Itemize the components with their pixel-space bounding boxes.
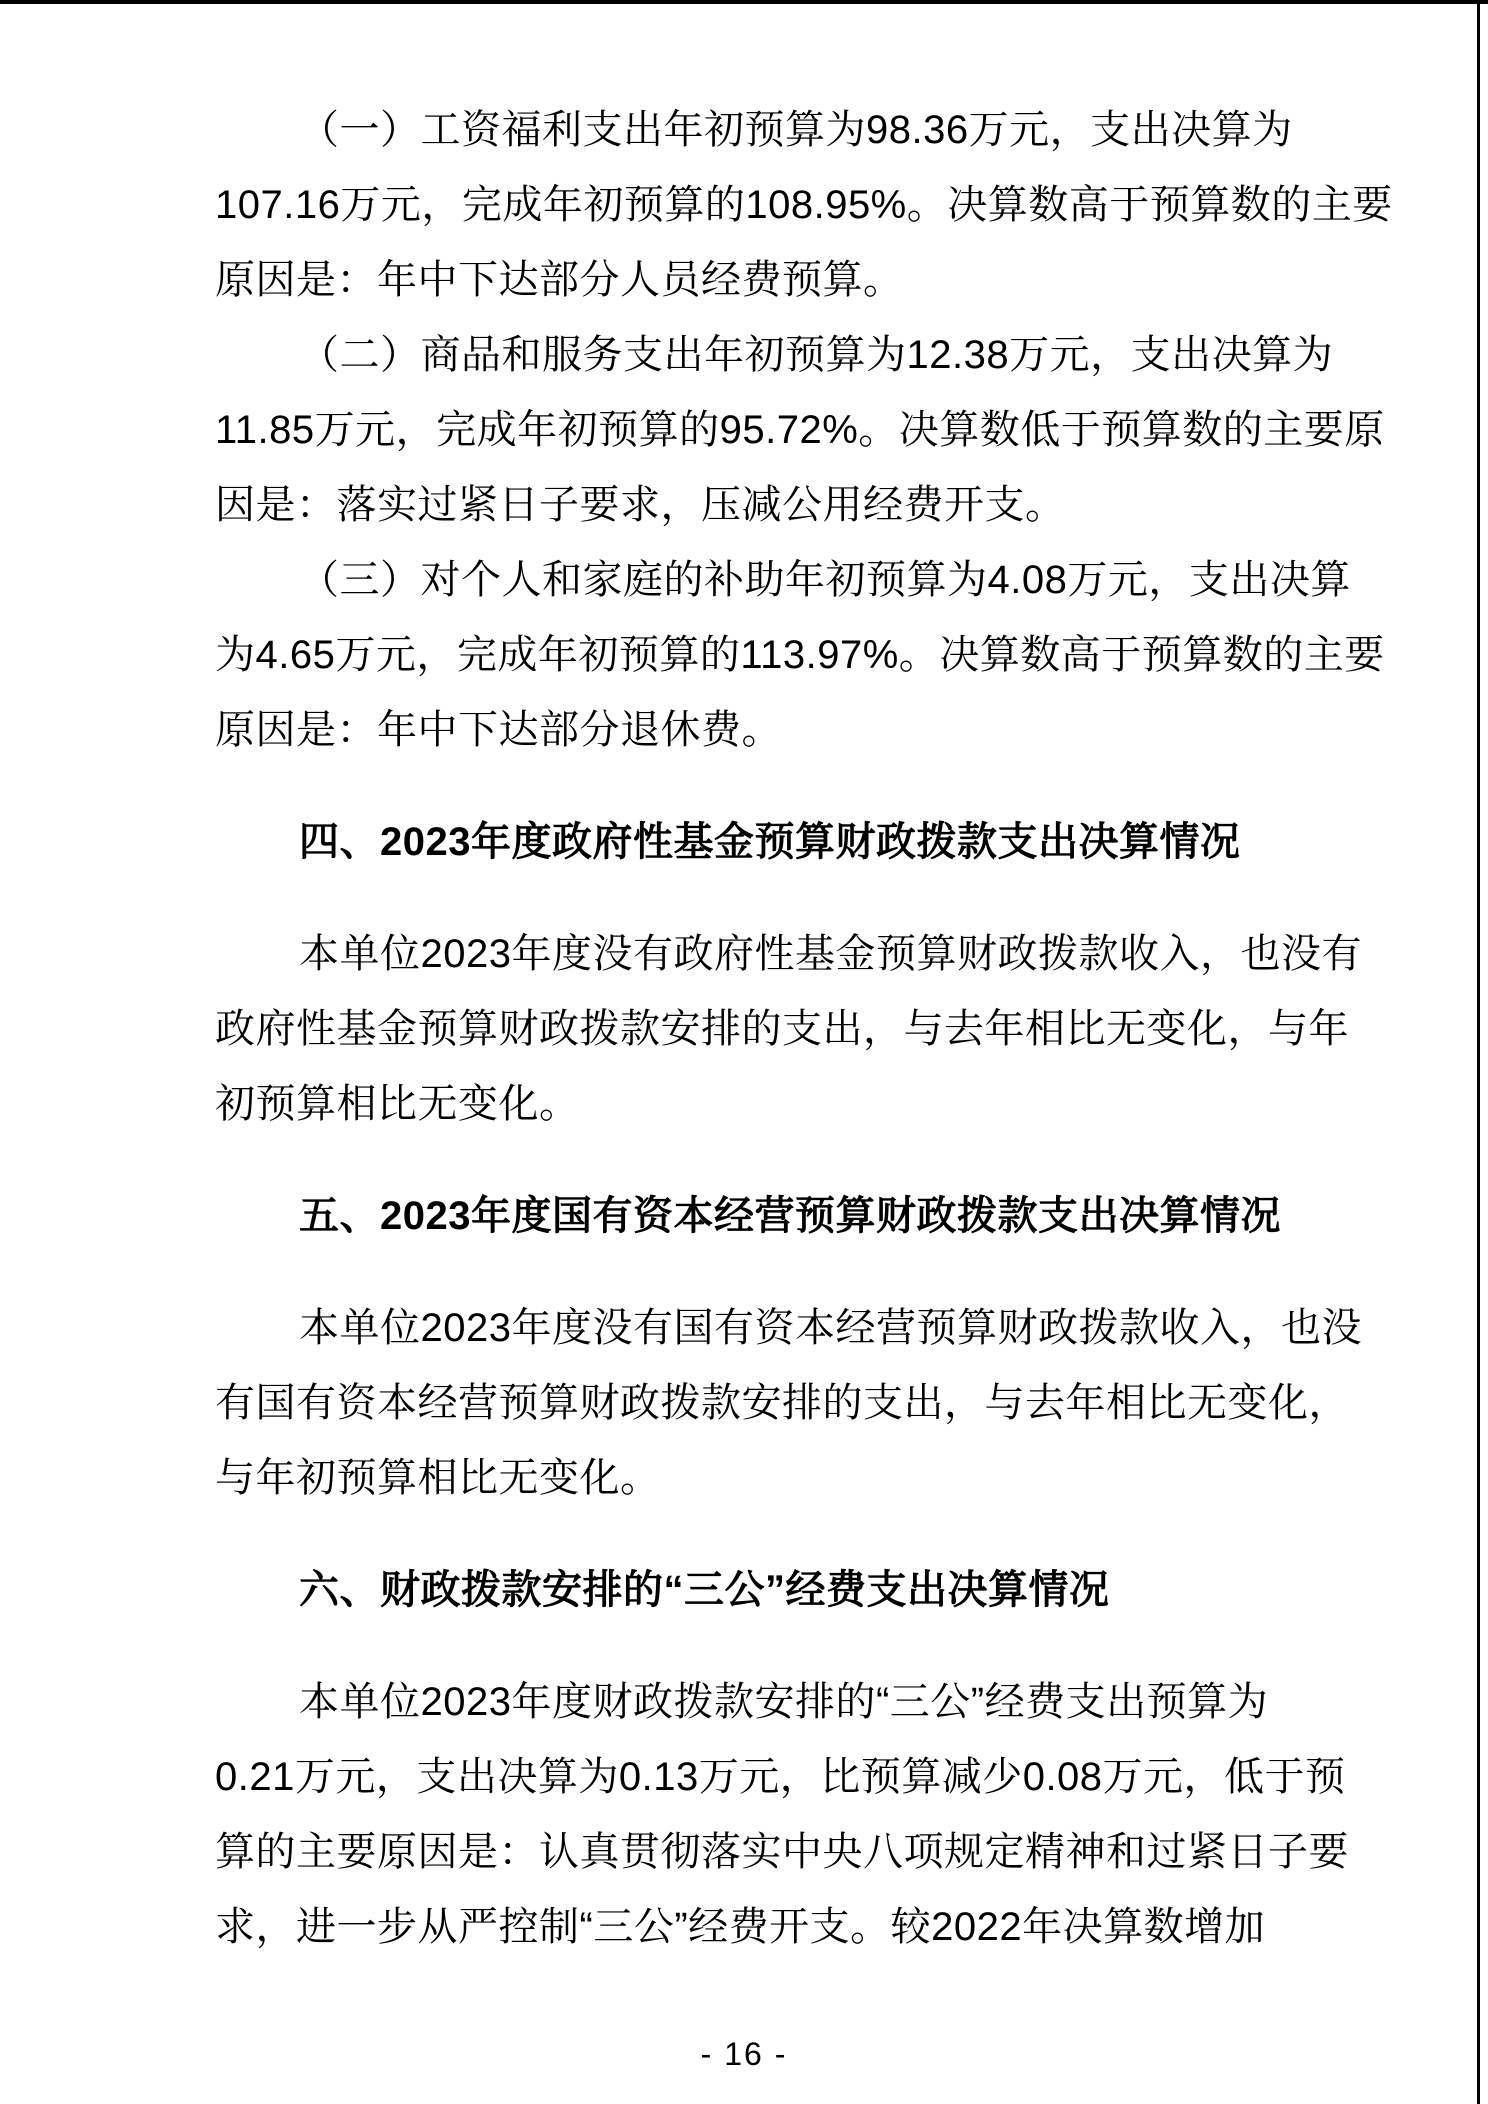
para-line: 原因是：年中下达部分人员经费预算。 <box>215 243 1335 318</box>
para-line: 与年初预算相比无变化。 <box>215 1441 1335 1516</box>
para-line: 原因是：年中下达部分退休费。 <box>215 693 1335 768</box>
para-line: 107.16万元，完成年初预算的108.95%。决算数高于预算数的主要 <box>215 168 1335 243</box>
para-line: 本单位2023年度没有政府性基金预算财政拨款收入，也没有 <box>215 917 1335 992</box>
para-line: 算的主要原因是：认真贯彻落实中央八项规定精神和过紧日子要 <box>215 1815 1335 1890</box>
scan-border-top <box>0 0 1488 4</box>
para-line: （一）工资福利支出年初预算为98.36万元，支出决算为 <box>215 93 1335 168</box>
para-line: 有国有资本经营预算财政拨款安排的支出，与去年相比无变化， <box>215 1366 1335 1441</box>
document-body: （一）工资福利支出年初预算为98.36万元，支出决算为 107.16万元，完成年… <box>215 93 1335 1965</box>
page-number: - 16 - <box>0 2036 1488 2073</box>
para-line: 政府性基金预算财政拨款安排的支出，与去年相比无变化，与年 <box>215 992 1335 1067</box>
section-heading: 四、2023年度政府性基金预算财政拨款支出决算情况 <box>215 805 1335 880</box>
para-line: 因是：落实过紧日子要求，压减公用经费开支。 <box>215 468 1335 543</box>
para-line: （三）对个人和家庭的补助年初预算为4.08万元，支出决算 <box>215 543 1335 618</box>
para-line: 为4.65万元，完成年初预算的113.97%。决算数高于预算数的主要 <box>215 618 1335 693</box>
scan-border-right <box>1477 0 1480 2104</box>
document-page: （一）工资福利支出年初预算为98.36万元，支出决算为 107.16万元，完成年… <box>0 0 1488 2104</box>
para-line: 求，进一步从严控制“三公”经费开支。较2022年决算数增加 <box>215 1890 1335 1965</box>
para-line: 本单位2023年度财政拨款安排的“三公”经费支出预算为 <box>215 1665 1335 1740</box>
para-line: 0.21万元，支出决算为0.13万元，比预算减少0.08万元，低于预 <box>215 1740 1335 1815</box>
para-line: 11.85万元，完成年初预算的95.72%。决算数低于预算数的主要原 <box>215 393 1335 468</box>
section-heading: 五、2023年度国有资本经营预算财政拨款支出决算情况 <box>215 1179 1335 1254</box>
para-line: （二）商品和服务支出年初预算为12.38万元，支出决算为 <box>215 318 1335 393</box>
section-heading: 六、财政拨款安排的“三公”经费支出决算情况 <box>215 1553 1335 1628</box>
para-line: 本单位2023年度没有国有资本经营预算财政拨款收入，也没 <box>215 1291 1335 1366</box>
para-line: 初预算相比无变化。 <box>215 1067 1335 1142</box>
